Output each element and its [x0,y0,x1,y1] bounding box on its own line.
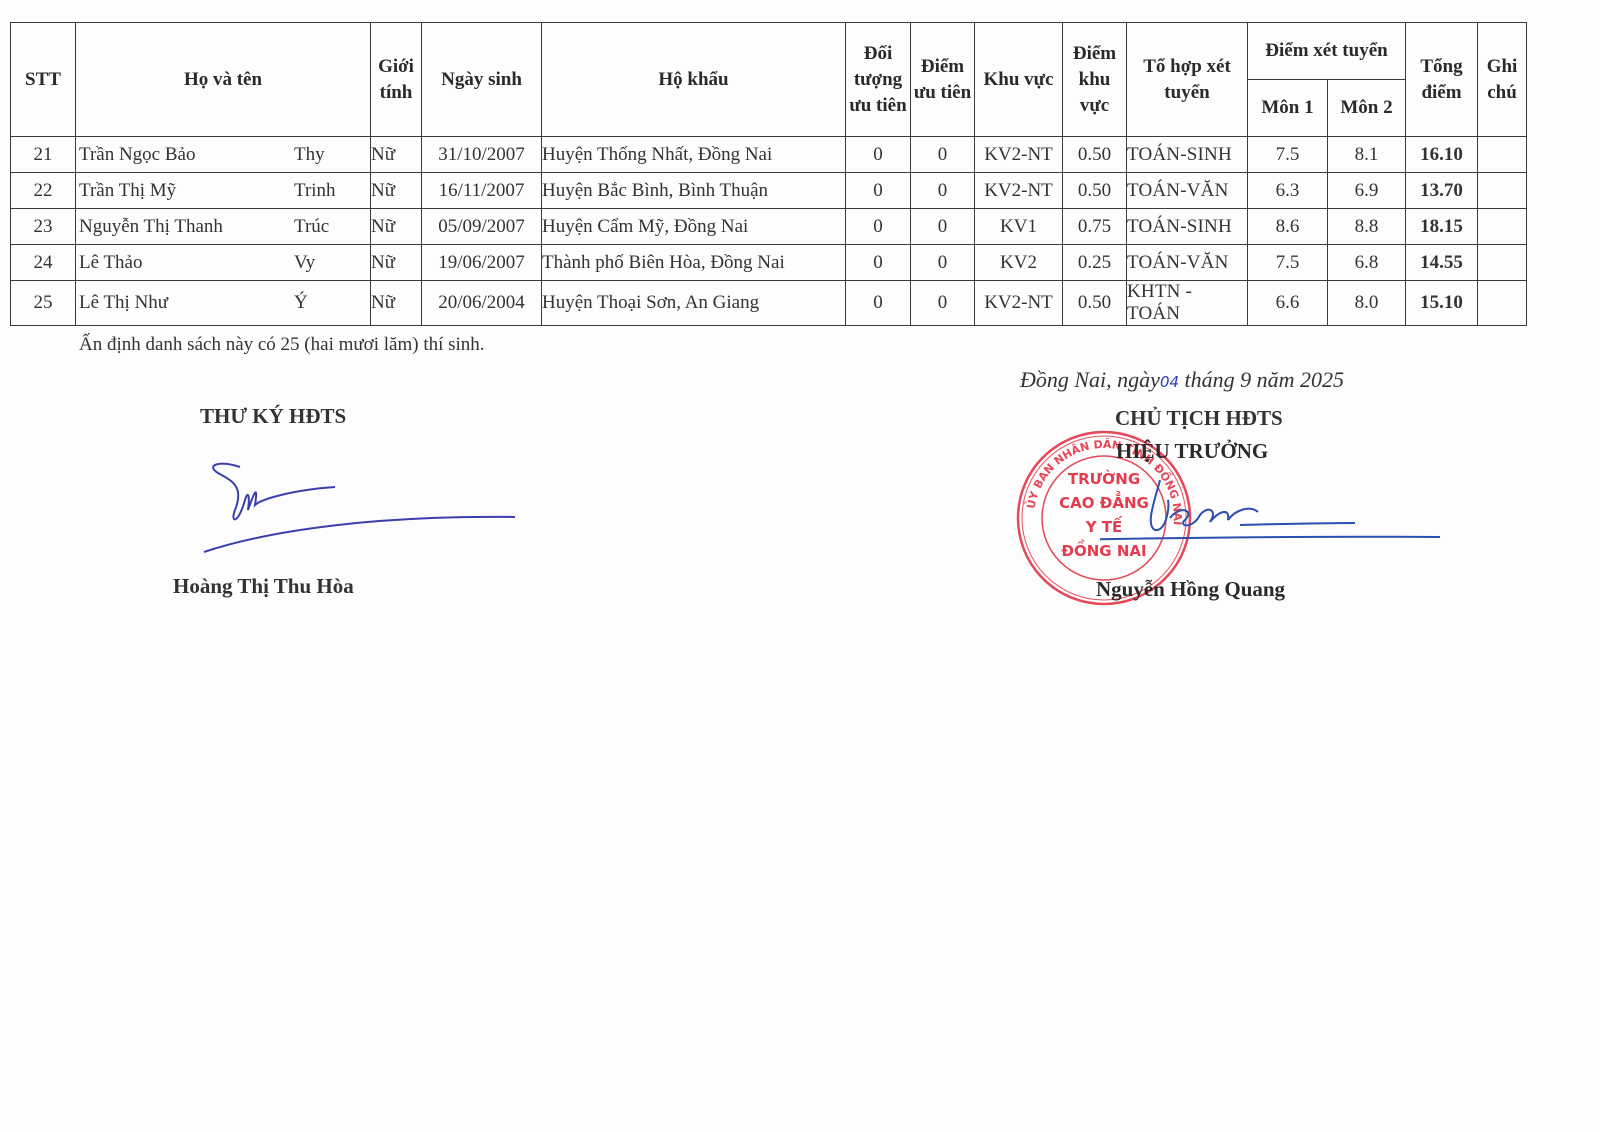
cell-total: 14.55 [1406,245,1478,281]
cell-dob: 31/10/2007 [422,137,542,173]
cell-address: Huyện Cẩm Mỹ, Đồng Nai [542,209,846,245]
cell-stt: 24 [11,245,76,281]
cell-subject-2: 8.1 [1328,137,1406,173]
secretary-name: Hoàng Thị Thu Hòa [173,574,354,599]
cell-subject-2: 6.9 [1328,173,1406,209]
header-priority-group: Đối tượng ưu tiên [846,23,911,137]
cell-region-score: 0.25 [1063,245,1127,281]
cell-stt: 23 [11,209,76,245]
cell-gender: Nữ [371,209,422,245]
cell-priority-group: 0 [846,281,911,326]
cell-given-name: Ý [294,292,308,314]
cell-priority-score: 0 [911,173,975,209]
cell-given-name: Trúc [294,216,329,238]
header-subject-1: Môn 1 [1248,80,1328,137]
cell-notes [1478,209,1527,245]
header-address: Hộ khẩu [542,23,846,137]
cell-stt: 25 [11,281,76,326]
cell-dob: 20/06/2004 [422,281,542,326]
cell-subject-combo: TOÁN-VĂN [1127,245,1248,281]
cell-full-name: Trần Ngọc Bảo Thy [76,137,371,173]
cell-subject-1: 6.3 [1248,173,1328,209]
cell-region-score: 0.50 [1063,281,1127,326]
cell-address: Huyện Thống Nhất, Đồng Nai [542,137,846,173]
cell-region: KV2-NT [975,173,1063,209]
cell-priority-score: 0 [911,209,975,245]
cell-region: KV2-NT [975,281,1063,326]
table-row: 23 Nguyễn Thị Thanh Trúc Nữ 05/09/2007 H… [11,209,1527,245]
cell-subject-1: 7.5 [1248,137,1328,173]
chair-subtitle: HIỆU TRƯỞNG [1116,439,1268,464]
header-total: Tổng điểm [1406,23,1478,137]
cell-dob: 16/11/2007 [422,173,542,209]
cell-region-score: 0.50 [1063,173,1127,209]
cell-surname: Lê Thị Như [79,292,168,314]
secretary-signature-icon [200,455,520,565]
cell-dob: 19/06/2007 [422,245,542,281]
cell-priority-score: 0 [911,281,975,326]
cell-subject-combo: KHTN - TOÁN [1127,281,1248,326]
cell-total: 18.15 [1406,209,1478,245]
cell-stt: 21 [11,137,76,173]
cell-surname: Nguyễn Thị Thanh [79,216,223,238]
cell-full-name: Nguyễn Thị Thanh Trúc [76,209,371,245]
cell-subject-combo: TOÁN-SINH [1127,209,1248,245]
cell-priority-group: 0 [846,245,911,281]
cell-given-name: Thy [294,144,325,166]
cell-gender: Nữ [371,281,422,326]
cell-notes [1478,137,1527,173]
header-region-score: Điểm khu vực [1063,23,1127,137]
cell-subject-2: 8.0 [1328,281,1406,326]
cell-subject-2: 8.8 [1328,209,1406,245]
cell-total: 15.10 [1406,281,1478,326]
cell-full-name: Lê Thị Như Ý [76,281,371,326]
cell-subject-1: 7.5 [1248,245,1328,281]
header-subject-combo: Tổ hợp xét tuyển [1127,23,1248,137]
header-admission-scores: Điểm xét tuyển [1248,23,1406,80]
cell-region: KV2 [975,245,1063,281]
cell-subject-combo: TOÁN-VĂN [1127,173,1248,209]
cell-notes [1478,281,1527,326]
table-row: 24 Lê Thảo Vy Nữ 19/06/2007 Thành phố Bi… [11,245,1527,281]
date-prefix: Đồng Nai, ngày [1020,367,1160,392]
cell-region-score: 0.75 [1063,209,1127,245]
cell-priority-group: 0 [846,137,911,173]
cell-address: Huyện Bắc Bình, Bình Thuận [542,173,846,209]
cell-surname: Trần Ngọc Bảo [79,144,195,166]
cell-subject-combo: TOÁN-SINH [1127,137,1248,173]
header-full-name: Họ và tên [76,23,371,137]
header-priority-score: Điểm ưu tiên [911,23,975,137]
cell-surname: Trần Thị Mỹ [79,180,176,202]
header-gender: Giới tính [371,23,422,137]
cell-gender: Nữ [371,173,422,209]
cell-total: 16.10 [1406,137,1478,173]
header-subject-2: Môn 2 [1328,80,1406,137]
cell-address: Huyện Thoại Sơn, An Giang [542,281,846,326]
cell-priority-group: 0 [846,209,911,245]
table-row: 21 Trần Ngọc Bảo Thy Nữ 31/10/2007 Huyện… [11,137,1527,173]
header-notes: Ghi chú [1478,23,1527,137]
cell-total: 13.70 [1406,173,1478,209]
cell-subject-1: 8.6 [1248,209,1328,245]
cell-address: Thành phố Biên Hòa, Đồng Nai [542,245,846,281]
cell-subject-2: 6.8 [1328,245,1406,281]
header-region: Khu vực [975,23,1063,137]
secretary-title: THƯ KÝ HĐTS [200,404,346,429]
cell-given-name: Trinh [294,180,336,202]
table-row: 25 Lê Thị Như Ý Nữ 20/06/2004 Huyện Thoạ… [11,281,1527,326]
cell-region: KV2-NT [975,137,1063,173]
chair-signature-icon [1100,470,1450,560]
cell-priority-score: 0 [911,245,975,281]
cell-given-name: Vy [294,252,315,274]
date-suffix: tháng 9 năm 2025 [1179,367,1344,392]
cell-priority-score: 0 [911,137,975,173]
admission-list-table: STT Họ và tên Giới tính Ngày sinh Hộ khẩ… [10,22,1527,326]
cell-notes [1478,173,1527,209]
cell-stt: 22 [11,173,76,209]
cell-full-name: Trần Thị Mỹ Trinh [76,173,371,209]
cell-gender: Nữ [371,245,422,281]
table-row: 22 Trần Thị Mỹ Trinh Nữ 16/11/2007 Huyện… [11,173,1527,209]
chair-name: Nguyễn Hồng Quang [1096,577,1285,602]
cell-dob: 05/09/2007 [422,209,542,245]
cell-priority-group: 0 [846,173,911,209]
cell-notes [1478,245,1527,281]
header-stt: STT [11,23,76,137]
cell-full-name: Lê Thảo Vy [76,245,371,281]
cell-gender: Nữ [371,137,422,173]
date-line: Đồng Nai, ngày04 tháng 9 năm 2025 [1020,367,1344,393]
cell-surname: Lê Thảo [79,252,143,274]
date-day-handwritten: 04 [1160,373,1179,391]
cell-region: KV1 [975,209,1063,245]
cell-subject-1: 6.6 [1248,281,1328,326]
cell-region-score: 0.50 [1063,137,1127,173]
header-dob: Ngày sinh [422,23,542,137]
candidate-count-note: Ấn định danh sách này có 25 (hai mươi lă… [79,334,485,356]
